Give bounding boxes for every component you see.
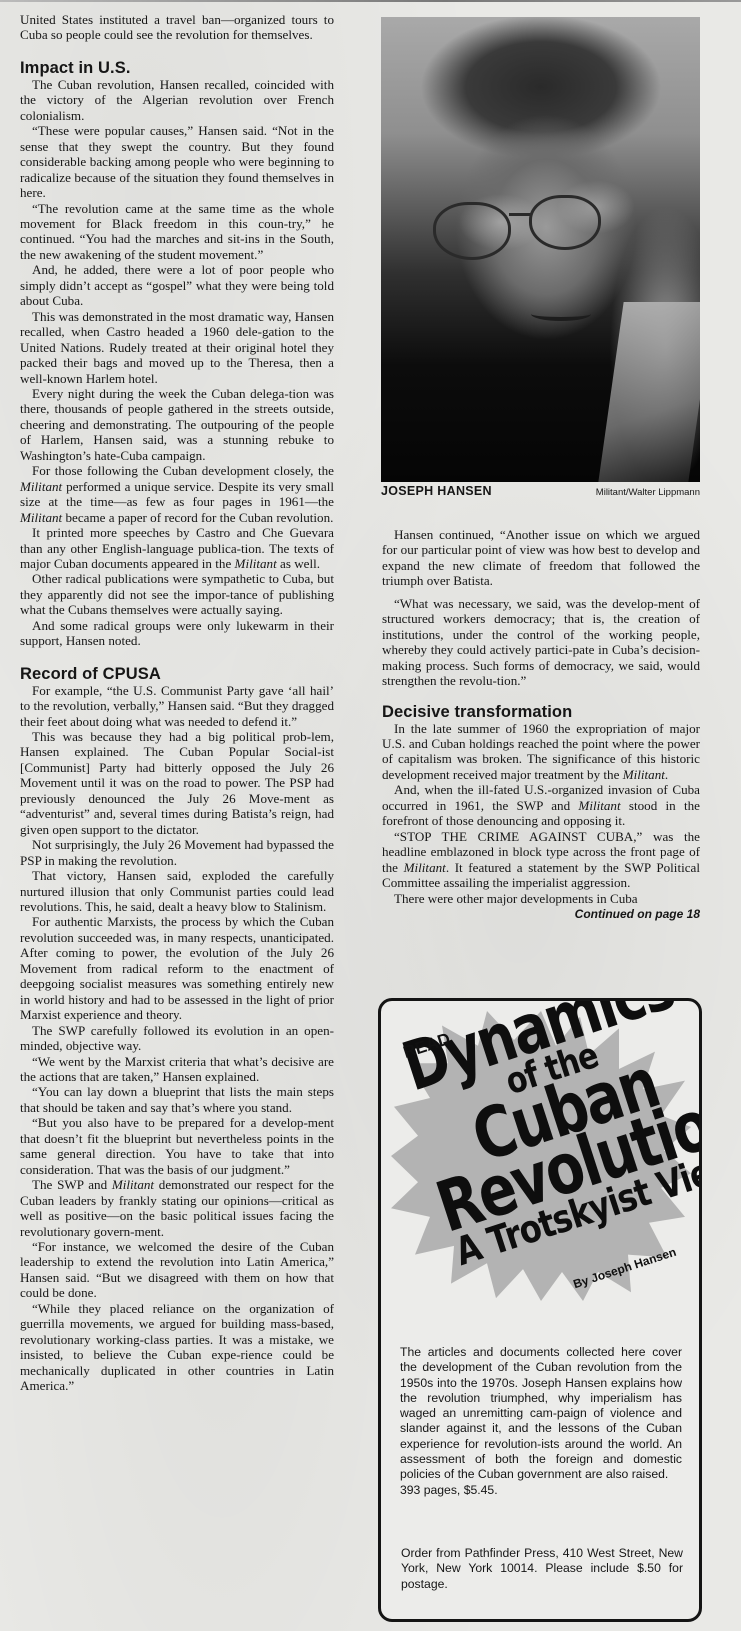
left-column: United States instituted a travel ban—or… [20,12,334,1394]
subhead-record-of-cpusa: Record of CPUSA [20,665,334,683]
paragraph: Not surprisingly, the July 26 Movement h… [20,837,334,868]
paragraph: And, when the ill-fated U.S.-organized i… [382,782,700,828]
paragraph: For those following the Cuban developmen… [20,463,334,525]
ad-title-block: Dynamics of the Cuban Revolution A Trots… [381,1001,699,1311]
subhead-decisive-transformation: Decisive transformation [382,703,700,721]
paragraph: The SWP and Militant demonstrated our re… [20,1177,334,1239]
paragraph: “These were popular causes,” Hansen said… [20,123,334,200]
paragraph: In the late summer of 1960 the expropria… [382,721,700,783]
caption-name: JOSEPH HANSEN [381,484,492,498]
paragraph: And, he added, there were a lot of poor … [20,262,334,308]
book-byline: By Joseph Hansen [571,1245,677,1291]
publication-name: Militant [20,510,62,525]
paragraph: “For instance, we welcomed the desire of… [20,1239,334,1301]
paragraph: It printed more speeches by Castro and C… [20,525,334,571]
paragraph: And some radical groups were only lukewa… [20,618,334,649]
paragraph: This was because they had a big politica… [20,729,334,837]
paragraph: This was demonstrated in the most dramat… [20,309,334,386]
publication-name: Militant [623,767,665,782]
paragraph: The SWP carefully followed its evolution… [20,1023,334,1054]
photo-credit: Militant/Walter Lippmann [596,487,700,498]
publication-name: Militant [404,860,446,875]
paragraph: Every night during the week the Cuban de… [20,386,334,463]
paragraph: The Cuban revolution, Hansen recalled, c… [20,77,334,123]
paragraph: Hansen continued, “Another issue on whic… [382,527,700,589]
publication-name: Militant [235,556,277,571]
paragraph: “While they placed reliance on the organ… [20,1301,334,1394]
photo-glasses-right [529,195,601,250]
book-price: 393 pages, $5.45. [400,1483,682,1498]
paragraph: “What was necessary, we said, was the de… [382,596,700,689]
subhead-impact-in-us: Impact in U.S. [20,59,334,77]
photo-caption: JOSEPH HANSEN Militant/Walter Lippmann [381,484,700,500]
paragraph: For authentic Marxists, the process by w… [20,914,334,1022]
paragraph: “You can lay down a blueprint that lists… [20,1084,334,1115]
photo-glasses-bridge [509,213,531,216]
order-information: Order from Pathfinder Press, 410 West St… [401,1546,683,1592]
publication-name: Militant [112,1177,154,1192]
top-rule [0,0,741,2]
paragraph: “We went by the Marxist criteria that wh… [20,1054,334,1085]
paragraph: “The revolution came at the same time as… [20,201,334,263]
continued-on-page-link: Continued on page 18 [382,907,700,922]
photo-glasses-left [433,202,511,260]
paragraph: For example, “the U.S. Communist Party g… [20,683,334,729]
paragraph: There were other major developments in C… [382,891,700,906]
paragraph: That victory, Hansen said, exploded the … [20,868,334,914]
publication-name: Militant [578,798,620,813]
publication-name: Militant [20,479,62,494]
right-column: Hansen continued, “Another issue on whic… [382,527,700,922]
photo-smile [531,307,591,321]
intro-paragraph: United States instituted a travel ban—or… [20,12,334,43]
paragraph: Other radical publications were sympathe… [20,571,334,617]
paragraph: “STOP THE CRIME AGAINST CUBA,” was the h… [382,829,700,891]
portrait-photo-joseph-hansen [381,17,700,482]
photo-shirt [598,302,700,482]
book-description: The articles and documents collected her… [400,1345,682,1498]
paragraph: “But you also have to be prepared for a … [20,1115,334,1177]
book-advertisement: Dynamics of the Cuban Revolution A Trots… [378,998,702,1622]
